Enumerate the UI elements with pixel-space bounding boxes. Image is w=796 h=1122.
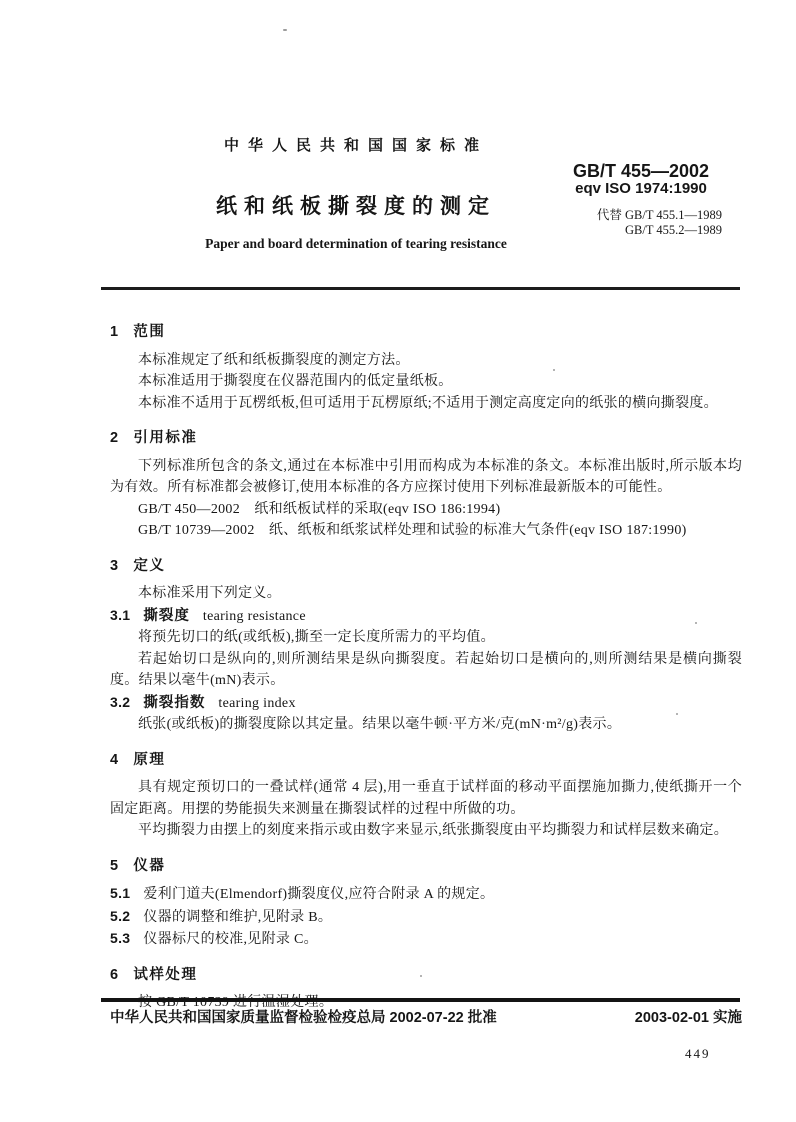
scope-paragraph-2: 本标准适用于撕裂度在仪器范围内的低定量纸板。 bbox=[110, 371, 742, 393]
section-number: 5 bbox=[110, 856, 118, 878]
section-principle-heading: 4原理 bbox=[110, 750, 742, 772]
section-definitions-heading: 3定义 bbox=[110, 556, 742, 578]
definitions-intro: 本标准采用下列定义。 bbox=[110, 583, 742, 605]
page-number: 449 bbox=[685, 1046, 711, 1062]
section-title: 范围 bbox=[133, 324, 165, 340]
superseded-standard-1: 代替 GB/T 455.1—1989 bbox=[560, 208, 722, 223]
clause-number: 3.1 bbox=[110, 605, 130, 627]
standard-number: GB/T 455—2002 bbox=[560, 162, 722, 180]
clause-number: 5.3 bbox=[110, 928, 130, 950]
references-paragraph: 下列标准所包含的条文,通过在本标准中引用而构成为本标准的条文。本标准出版时,所示… bbox=[110, 456, 742, 499]
standard-code-block: GB/T 455—2002 eqv ISO 1974:1990 代替 GB/T … bbox=[560, 162, 722, 238]
section-number: 1 bbox=[110, 322, 118, 344]
document-title-en: Paper and board determination of tearing… bbox=[110, 236, 602, 252]
implementation-date: 2003-02-01 实施 bbox=[635, 1006, 742, 1027]
section-scope-heading: 1范围 bbox=[110, 322, 742, 344]
superseded-standard-2: GB/T 455.2—1989 bbox=[560, 223, 722, 238]
section-number: 6 bbox=[110, 965, 118, 987]
section-number: 2 bbox=[110, 428, 118, 450]
term-en: tearing index bbox=[218, 696, 295, 711]
footer-rule bbox=[101, 998, 740, 1002]
clause-number: 3.2 bbox=[110, 692, 130, 714]
term-3-2-paragraph-1: 纸张(或纸板)的撕裂度除以其定量。结果以毫牛顿·平方米/克(mN·m²/g)表示… bbox=[110, 714, 742, 736]
scan-speck bbox=[283, 29, 287, 31]
scope-paragraph-3: 本标准不适用于瓦楞纸板,但可适用于瓦楞原纸;不适用于测定高度定向的纸张的横向撕裂… bbox=[110, 393, 742, 415]
term-zh: 撕裂度 bbox=[143, 606, 190, 628]
section-number: 3 bbox=[110, 556, 118, 578]
apparatus-clause-5-1: 5.1爱利门道夫(Elmendorf)撕裂度仪,应符合附录 A 的规定。 bbox=[110, 883, 742, 906]
clause-text: 爱利门道夫(Elmendorf)撕裂度仪,应符合附录 A 的规定。 bbox=[143, 887, 494, 902]
term-3-1-paragraph-1: 将预先切口的纸(或纸板),撕至一定长度所需力的平均值。 bbox=[110, 627, 742, 649]
scan-speck bbox=[553, 369, 555, 371]
apparatus-clause-5-2: 5.2仪器的调整和维护,见附录 B。 bbox=[110, 906, 742, 929]
clause-text: 仪器的调整和维护,见附录 B。 bbox=[143, 910, 332, 925]
term-3-1-line: 3.1撕裂度tearing resistance bbox=[110, 605, 742, 628]
apparatus-clause-5-3: 5.3仪器标尺的校准,见附录 C。 bbox=[110, 928, 742, 951]
clause-number: 5.2 bbox=[110, 906, 130, 928]
section-references-heading: 2引用标准 bbox=[110, 428, 742, 450]
principle-paragraph-2: 平均撕裂力由摆上的刻度来指示或由数字来显示,纸张撕裂度由平均撕裂力和试样层数来确… bbox=[110, 820, 742, 842]
section-title: 试样处理 bbox=[133, 967, 197, 983]
section-title: 原理 bbox=[133, 752, 165, 768]
iso-equivalence: eqv ISO 1974:1990 bbox=[560, 180, 722, 198]
header-rule bbox=[101, 287, 740, 290]
footer: 中华人民共和国国家质量监督检验检疫总局 2002-07-22 批准 2003-0… bbox=[110, 1006, 742, 1027]
section-conditioning-heading: 6试样处理 bbox=[110, 965, 742, 987]
section-title: 引用标准 bbox=[133, 430, 197, 446]
clause-text: 仪器标尺的校准,见附录 C。 bbox=[143, 932, 318, 947]
national-standard-label: 中华人民共和国国家标准 bbox=[110, 134, 602, 155]
section-title: 定义 bbox=[133, 558, 165, 574]
clause-number: 5.1 bbox=[110, 883, 130, 905]
reference-item-2: GB/T 10739—2002 纸、纸板和纸浆试样处理和试验的标准大气条件(eq… bbox=[110, 520, 742, 542]
section-apparatus-heading: 5仪器 bbox=[110, 856, 742, 878]
document-body: 1范围 本标准规定了纸和纸板撕裂度的测定方法。 本标准适用于撕裂度在仪器范围内的… bbox=[110, 322, 742, 1014]
term-zh: 撕裂指数 bbox=[143, 693, 205, 715]
term-3-1-paragraph-2: 若起始切口是纵向的,则所测结果是纵向撕裂度。若起始切口是横向的,则所测结果是横向… bbox=[110, 649, 742, 692]
scan-speck bbox=[695, 622, 697, 624]
term-3-2-line: 3.2撕裂指数tearing index bbox=[110, 692, 742, 715]
standard-document-page: 中华人民共和国国家标准 纸和纸板撕裂度的测定 Paper and board d… bbox=[0, 0, 796, 1122]
term-en: tearing resistance bbox=[203, 609, 306, 624]
approval-statement: 中华人民共和国国家质量监督检验检疫总局 2002-07-22 批准 bbox=[110, 1006, 497, 1027]
scan-speck bbox=[676, 713, 678, 715]
scan-speck bbox=[420, 975, 422, 977]
section-title: 仪器 bbox=[133, 858, 165, 874]
section-number: 4 bbox=[110, 750, 118, 772]
principle-paragraph-1: 具有规定预切口的一叠试样(通常 4 层),用一垂直于试样面的移动平面摆施加撕力,… bbox=[110, 777, 742, 820]
document-title-zh: 纸和纸板撕裂度的测定 bbox=[110, 190, 602, 220]
scope-paragraph-1: 本标准规定了纸和纸板撕裂度的测定方法。 bbox=[110, 350, 742, 372]
superseded-standards: 代替 GB/T 455.1—1989 GB/T 455.2—1989 bbox=[560, 208, 722, 238]
reference-item-1: GB/T 450—2002 纸和纸板试样的采取(eqv ISO 186:1994… bbox=[110, 499, 742, 521]
